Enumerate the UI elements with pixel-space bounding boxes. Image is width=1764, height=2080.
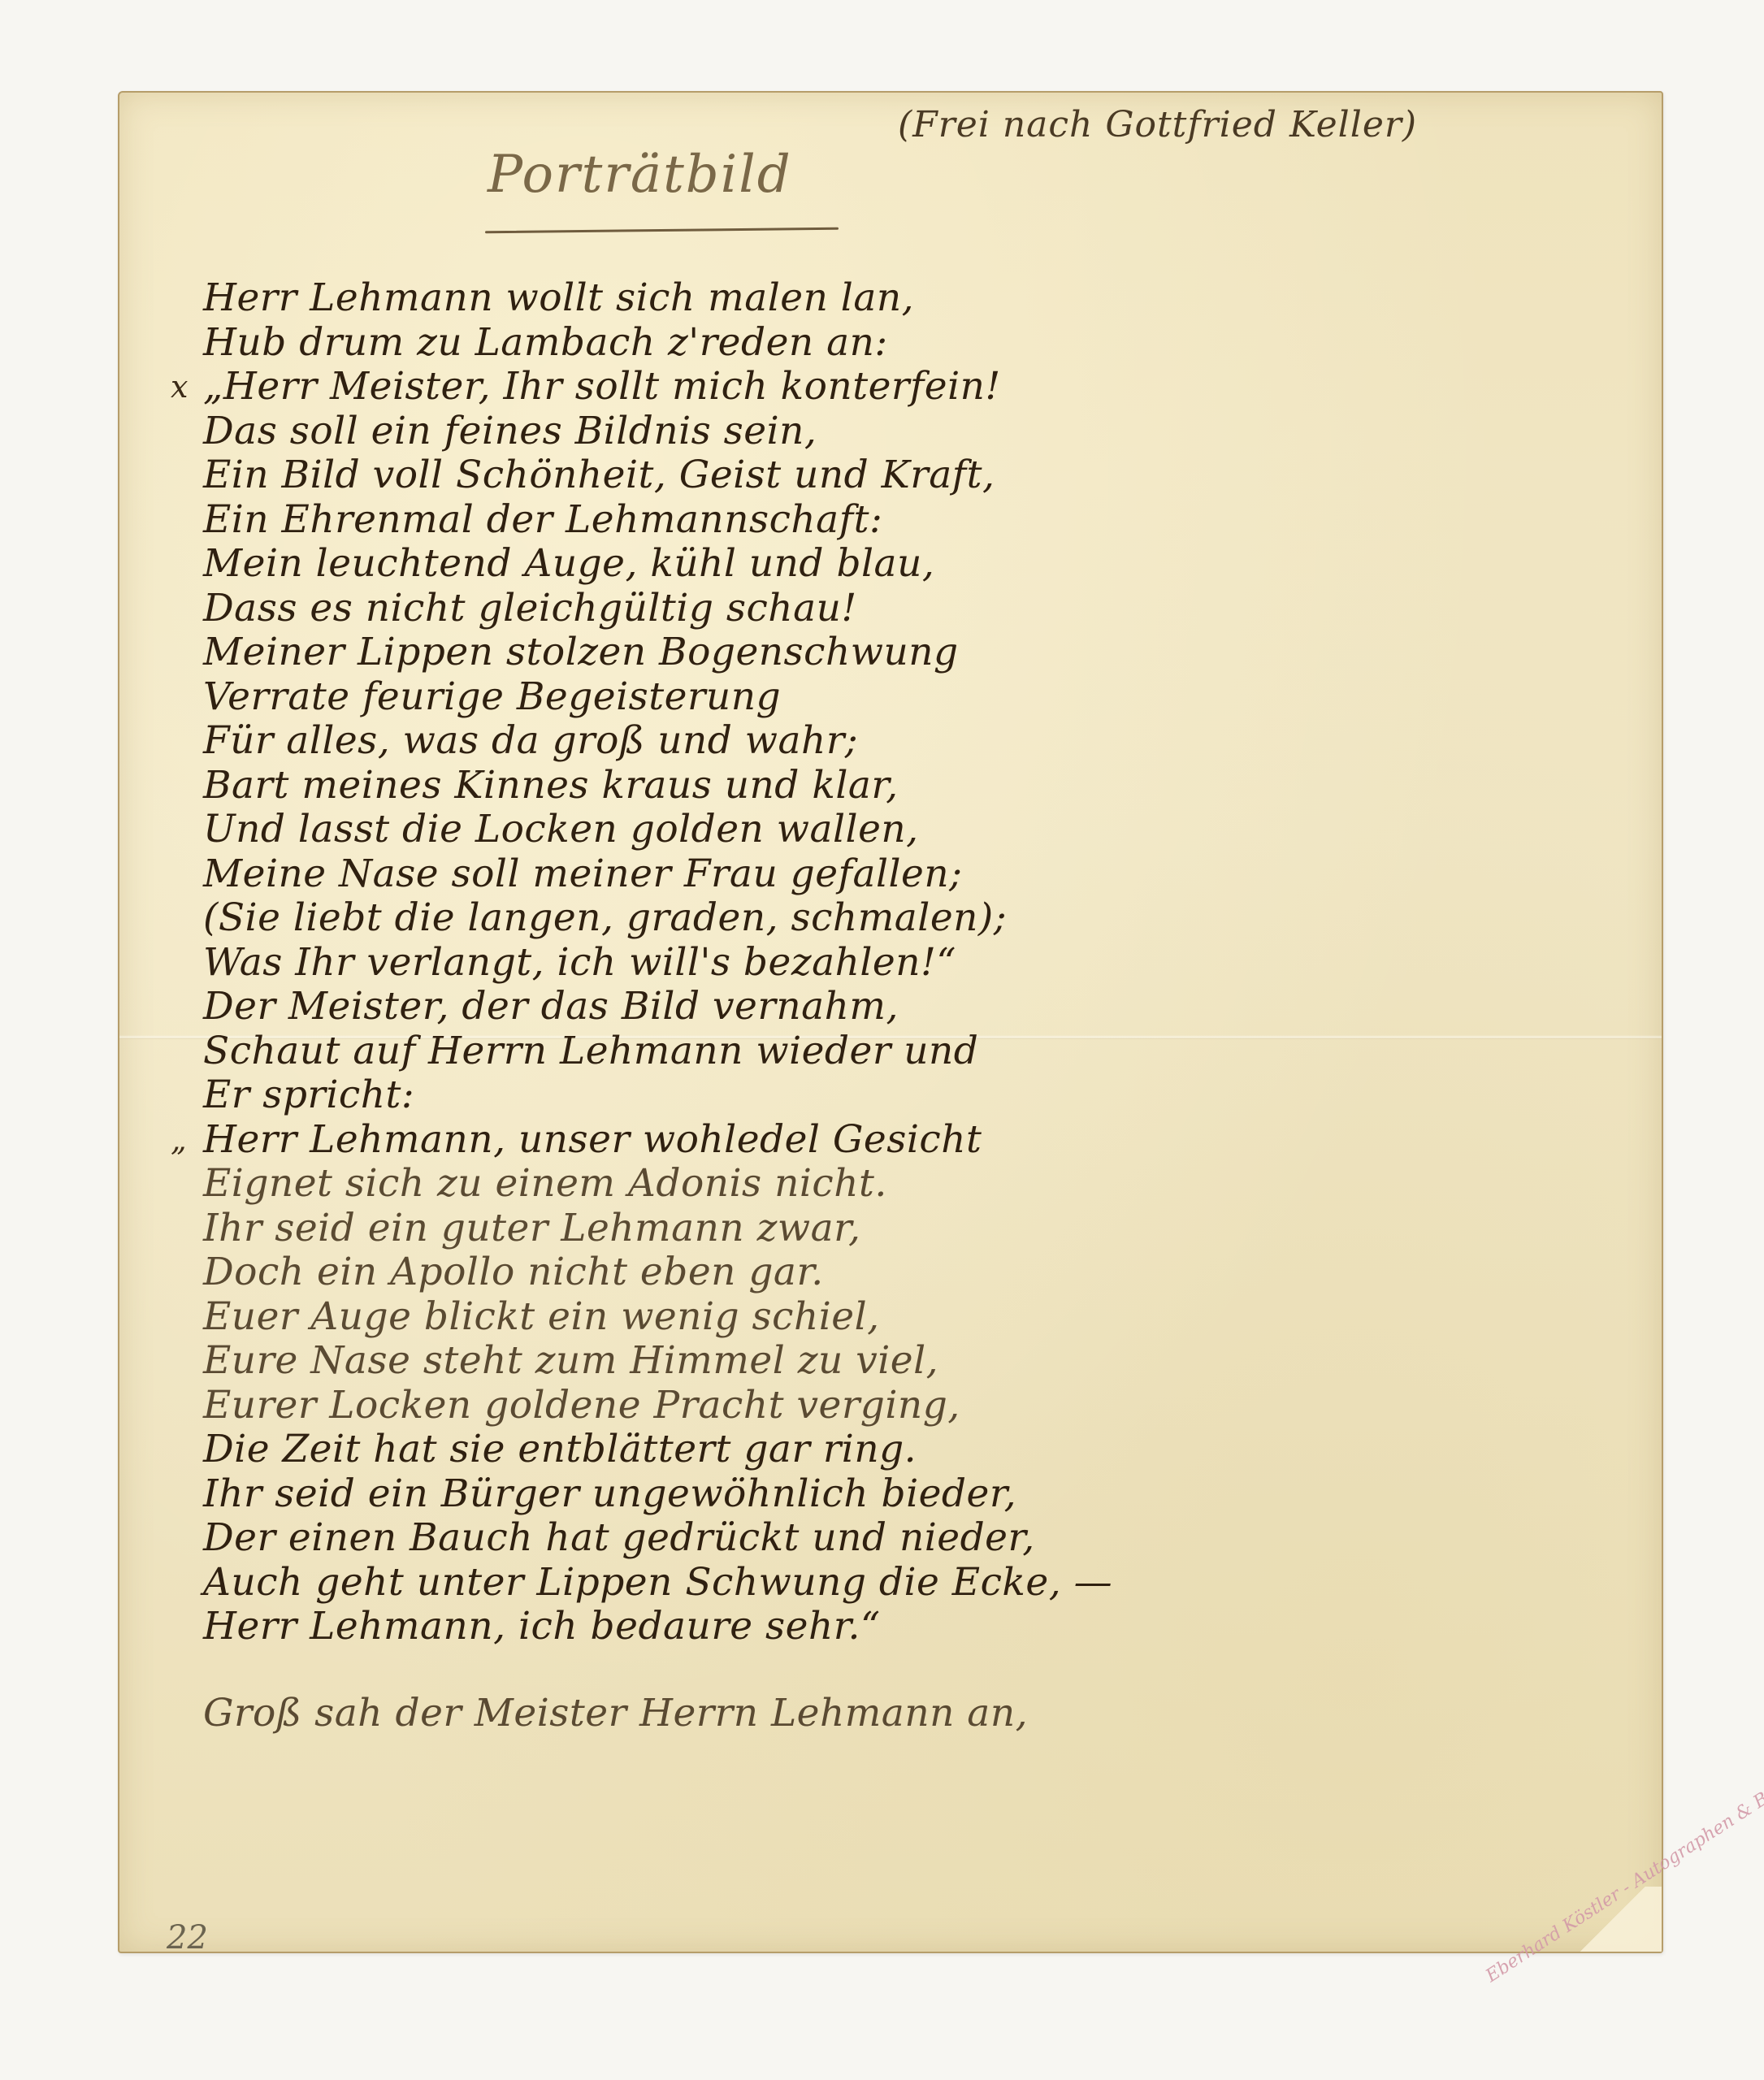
line-text: Der Meister, der das Bild vernahm, [203,984,899,1029]
poem-line: Herr Lehmann, ich bedaure sehr.“ [203,1605,1503,1649]
line-text: Er spricht: [203,1072,414,1117]
poem-line: Der Meister, der das Bild vernahm, [203,985,1503,1029]
poem-line: Ihr seid ein guter Lehmann zwar, [203,1207,1503,1251]
line-text: Herr Lehmann, ich bedaure sehr.“ [203,1604,881,1649]
poem-line: Das soll ein feines Bildnis sein, [203,409,1503,454]
line-text: Der einen Bauch hat gedrückt und nieder, [203,1515,1035,1560]
line-text: Meine Nase soll meiner Frau gefallen; [203,851,962,896]
poem-line: Euer Auge blickt ein wenig schiel, [203,1295,1503,1340]
line-text: Die Zeit hat sie entblättert gar ring. [203,1427,917,1471]
line-text: Eurer Locken goldene Pracht verging, [203,1383,960,1428]
line-marker: „ [171,1118,187,1162]
poem-line: Mein leuchtend Auge, kühl und blau, [203,542,1503,587]
poem-line: Meiner Lippen stolzen Bogenschwung [203,630,1503,675]
line-text: Hub drum zu Lambach z'reden an: [203,320,888,365]
line-text: Ihr seid ein Bürger ungewöhnlich bieder, [203,1471,1016,1516]
poem-line: Hub drum zu Lambach z'reden an: [203,321,1503,366]
line-text: Ihr seid ein guter Lehmann zwar, [203,1206,860,1250]
poem-line: Ein Bild voll Schönheit, Geist und Kraft… [203,453,1503,498]
line-text: Dass es nicht gleichgültig schau! [203,586,857,630]
poem-line: Was Ihr verlangt, ich will's bezahlen!“ [203,941,1503,986]
poem-line: Auch geht unter Lippen Schwung die Ecke,… [203,1561,1503,1605]
line-text: Groß sah der Meister Herrn Lehmann an, [203,1691,1028,1735]
line-text: Euer Auge blickt ein wenig schiel, [203,1294,880,1339]
poem-line: Dass es nicht gleichgültig schau! [203,587,1503,631]
poem-line: Meine Nase soll meiner Frau gefallen; [203,852,1503,897]
line-text: Meiner Lippen stolzen Bogenschwung [203,630,959,674]
poem-line: Herr Lehmann wollt sich malen lan, [203,276,1503,321]
poem-line: Eure Nase steht zum Himmel zu viel, [203,1339,1503,1384]
line-text: Für alles, was da groß und wahr; [203,718,858,763]
line-text: Was Ihr verlangt, ich will's bezahlen!“ [203,940,956,985]
line-text: Das soll ein feines Bildnis sein, [203,409,817,453]
poem-line: Und lasst die Locken golden wallen, [203,808,1503,852]
line-text: Herr Lehmann, unser wohledel Gesicht [203,1117,982,1162]
line-text: (Sie liebt die langen, graden, schmalen)… [203,895,1007,940]
line-text: Mein leuchtend Auge, kühl und blau, [203,541,934,586]
line-text: Eure Nase steht zum Himmel zu viel, [203,1338,938,1383]
poem-line: x„Herr Meister, Ihr sollt mich konterfei… [203,365,1503,409]
header-note: (Frei nach Gottfried Keller) [898,104,1417,145]
scanned-page: (Frei nach Gottfried Keller) Porträtbild… [0,0,1764,2080]
line-marker: x [171,365,189,409]
line-text: Schaut auf Herrn Lehmann wieder und [203,1029,978,1073]
line-text: Ein Bild voll Schönheit, Geist und Kraft… [203,453,995,497]
poem-line: Doch ein Apollo nicht eben gar. [203,1250,1503,1295]
line-text: „Herr Meister, Ihr sollt mich konterfein… [203,364,1001,409]
line-text: Eignet sich zu einem Adonis nicht. [203,1161,887,1206]
poem-line: Ihr seid ein Bürger ungewöhnlich bieder, [203,1472,1503,1517]
poem-closing-line: Groß sah der Meister Herrn Lehmann an, [203,1692,1503,1736]
line-text: Bart meines Kinnes kraus und klar, [203,763,899,808]
poem-line: Ein Ehrenmal der Lehmannschaft: [203,498,1503,543]
poem-line: (Sie liebt die langen, graden, schmalen)… [203,896,1503,941]
poem-line: Schaut auf Herrn Lehmann wieder und [203,1029,1503,1074]
poem-line: Der einen Bauch hat gedrückt und nieder, [203,1516,1503,1561]
line-text: Ein Ehrenmal der Lehmannschaft: [203,497,882,542]
manuscript-title: Porträtbild [488,145,792,205]
poem-line: Die Zeit hat sie entblättert gar ring. [203,1428,1503,1472]
poem-body: Herr Lehmann wollt sich malen lan, Hub d… [203,276,1503,1735]
poem-line: Bart meines Kinnes kraus und klar, [203,764,1503,808]
line-text: Verrate feurige Begeisterung [203,674,781,719]
poem-line: Eignet sich zu einem Adonis nicht. [203,1162,1503,1207]
line-text: Doch ein Apollo nicht eben gar. [203,1250,824,1294]
poem-line: Verrate feurige Begeisterung [203,675,1503,720]
line-text: Herr Lehmann wollt sich malen lan, [203,275,914,320]
poem-line: Eurer Locken goldene Pracht verging, [203,1384,1503,1428]
poem-line: Er spricht: [203,1073,1503,1118]
poem-line: Für alles, was da groß und wahr; [203,719,1503,764]
line-text: Und lasst die Locken golden wallen, [203,807,919,851]
line-text: Auch geht unter Lippen Schwung die Ecke,… [203,1560,1112,1605]
poem-line: „Herr Lehmann, unser wohledel Gesicht [203,1118,1503,1163]
page-number: 22 [167,1919,208,1956]
